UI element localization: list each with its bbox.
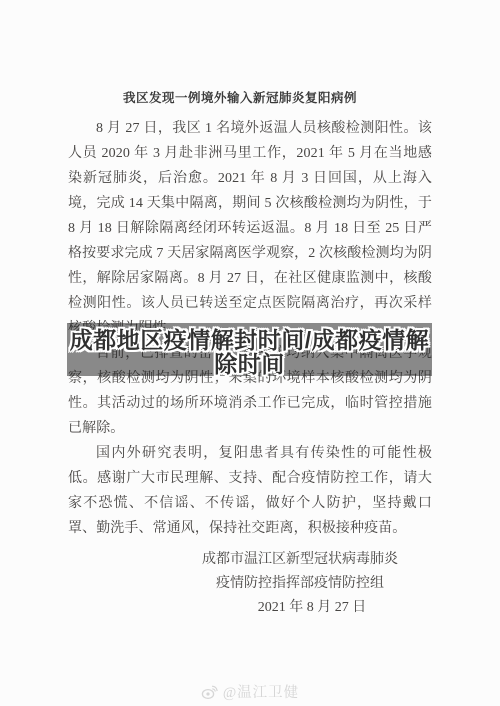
notice-paragraph-3: 国内外研究表明，复阳患者具有传染性的可能性极低。感谢广大市民理解、支持、配合疫情…	[68, 441, 432, 541]
notice-paragraph-1: 8 月 27 日，我区 1 名境外返温人员核酸检测阳性。该人员 2020 年 3…	[68, 116, 432, 341]
signature-block: 成都市温江区新型冠状病毒肺炎 疫情防控指挥部疫情防控组 2021 年 8 月 2…	[150, 548, 450, 620]
watermark: @温江卫健	[0, 681, 500, 702]
notice-page: 我区发现一例境外输入新冠肺炎复阳病例 8 月 27 日，我区 1 名境外返温人员…	[0, 0, 500, 706]
notice-title: 我区发现一例境外输入新冠肺炎复阳病例	[48, 88, 432, 106]
headline-overlay-title: 成都地区疫情解封时间/成都疫情解 除时间	[47, 328, 452, 376]
headline-overlay-band: 成都地区疫情解封时间/成都疫情解 除时间	[67, 323, 432, 376]
signature-org-line2: 疫情防控指挥部疫情防控组	[150, 572, 450, 596]
signature-date: 2021 年 8 月 27 日	[162, 596, 462, 620]
signature-org-line1: 成都市温江区新型冠状病毒肺炎	[150, 548, 450, 572]
weibo-icon	[201, 684, 219, 700]
watermark-text: @温江卫健	[223, 681, 299, 702]
headline-line-1: 成都地区疫情解封时间/成都疫情解	[47, 328, 452, 352]
headline-line-2: 除时间	[47, 352, 452, 376]
